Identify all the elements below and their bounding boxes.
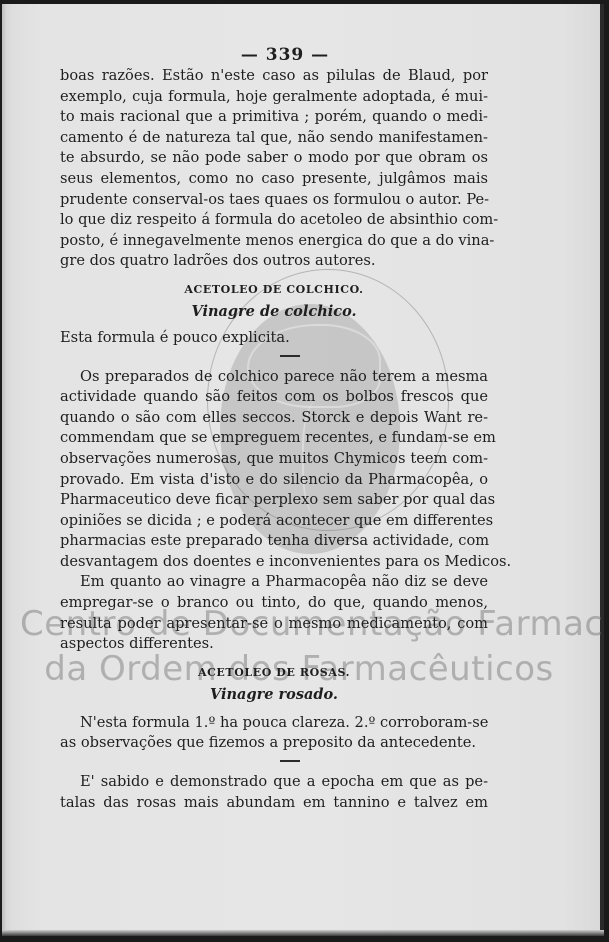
section-subheading-colchico: Vinagre de colchico.	[60, 300, 488, 324]
page-bottom-shadow	[2, 930, 604, 936]
page-right-edge	[600, 4, 604, 936]
section-divider	[280, 760, 300, 762]
text-line: te absurdo, se não pode saber o modo por…	[60, 148, 488, 169]
page-body: — 339 — boas razões. Estão n'este caso a…	[60, 44, 488, 813]
text-line: resulta poder apresentar-se o mesmo medi…	[60, 614, 488, 635]
remark-colchico: Esta formula é pouco explicita.	[60, 328, 488, 349]
text-line: opiniões se dicida ; e poderá acontecer …	[60, 511, 488, 532]
text-line: camento é de natureza tal que, não sendo…	[60, 128, 488, 149]
text-line: boas razões. Estão n'este caso as pilula…	[60, 66, 488, 87]
paragraph-rosas-1: E' sabido e demonstrado que a epocha em …	[60, 772, 488, 813]
text-line: commendam que se empreguem recentes, e f…	[60, 428, 488, 449]
paragraph-colchico-2: Em quanto ao vinagre a Pharmacopêa não d…	[60, 572, 488, 654]
text-line: Em quanto ao vinagre a Pharmacopêa não d…	[60, 572, 488, 593]
text-line: Os preparados de colchico parece não ter…	[60, 367, 488, 388]
section-divider	[280, 355, 300, 357]
page-number: — 339 —	[82, 44, 488, 66]
text-line: aspectos differentes.	[60, 634, 488, 655]
section-heading-colchico: ACETOLEO DE COLCHICO.	[60, 280, 488, 300]
scanned-book-page: Centro de Documentação Farmacêutica da O…	[2, 4, 604, 936]
section-subheading-rosas: Vinagre rosado.	[60, 683, 488, 707]
text-line: talas das rosas mais abundam em tannino …	[60, 793, 488, 814]
text-line: as observações que fizemos a preposito d…	[60, 733, 488, 754]
text-line: to mais racional que a primitiva ; porém…	[60, 107, 488, 128]
text-line: E' sabido e demonstrado que a epocha em …	[60, 772, 488, 793]
text-line: lo que diz respeito á formula do acetole…	[60, 210, 488, 231]
text-line: provado. Em vista d'isto e do silencio d…	[60, 470, 488, 491]
text-line: actividade quando são feitos com os bolb…	[60, 387, 488, 408]
text-line: observações numerosas, que muitos Chymic…	[60, 449, 488, 470]
text-line: quando o são com elles seccos. Storck e …	[60, 408, 488, 429]
text-line: empregar-se o branco ou tinto, do que, q…	[60, 593, 488, 614]
text-line: N'esta formula 1.º ha pouca clareza. 2.º…	[60, 713, 488, 734]
page-left-edge	[2, 4, 7, 936]
paragraph-colchico-1: Os preparados de colchico parece não ter…	[60, 367, 488, 573]
remark-rosas: N'esta formula 1.º ha pouca clareza. 2.º…	[60, 713, 488, 754]
text-line: posto, é innegavelmente menos energica d…	[60, 231, 488, 252]
section-heading-rosas: ACETOLEO DE ROSAS.	[60, 663, 488, 683]
text-line: exemplo, cuja formula, hoje geralmente a…	[60, 87, 488, 108]
text-line: prudente conserval-os taes quaes os form…	[60, 190, 488, 211]
text-line: gre dos quatro ladrões dos outros autore…	[60, 251, 488, 272]
text-line: seus elementos, como no caso presente, j…	[60, 169, 488, 190]
text-line: desvantagem dos doentes e inconvenientes…	[60, 552, 488, 573]
paragraph-intro: boas razões. Estão n'este caso as pilula…	[60, 66, 488, 272]
text-line: pharmacias este preparado tenha diversa …	[60, 531, 488, 552]
text-line: Pharmaceutico deve ficar perplexo sem sa…	[60, 490, 488, 511]
